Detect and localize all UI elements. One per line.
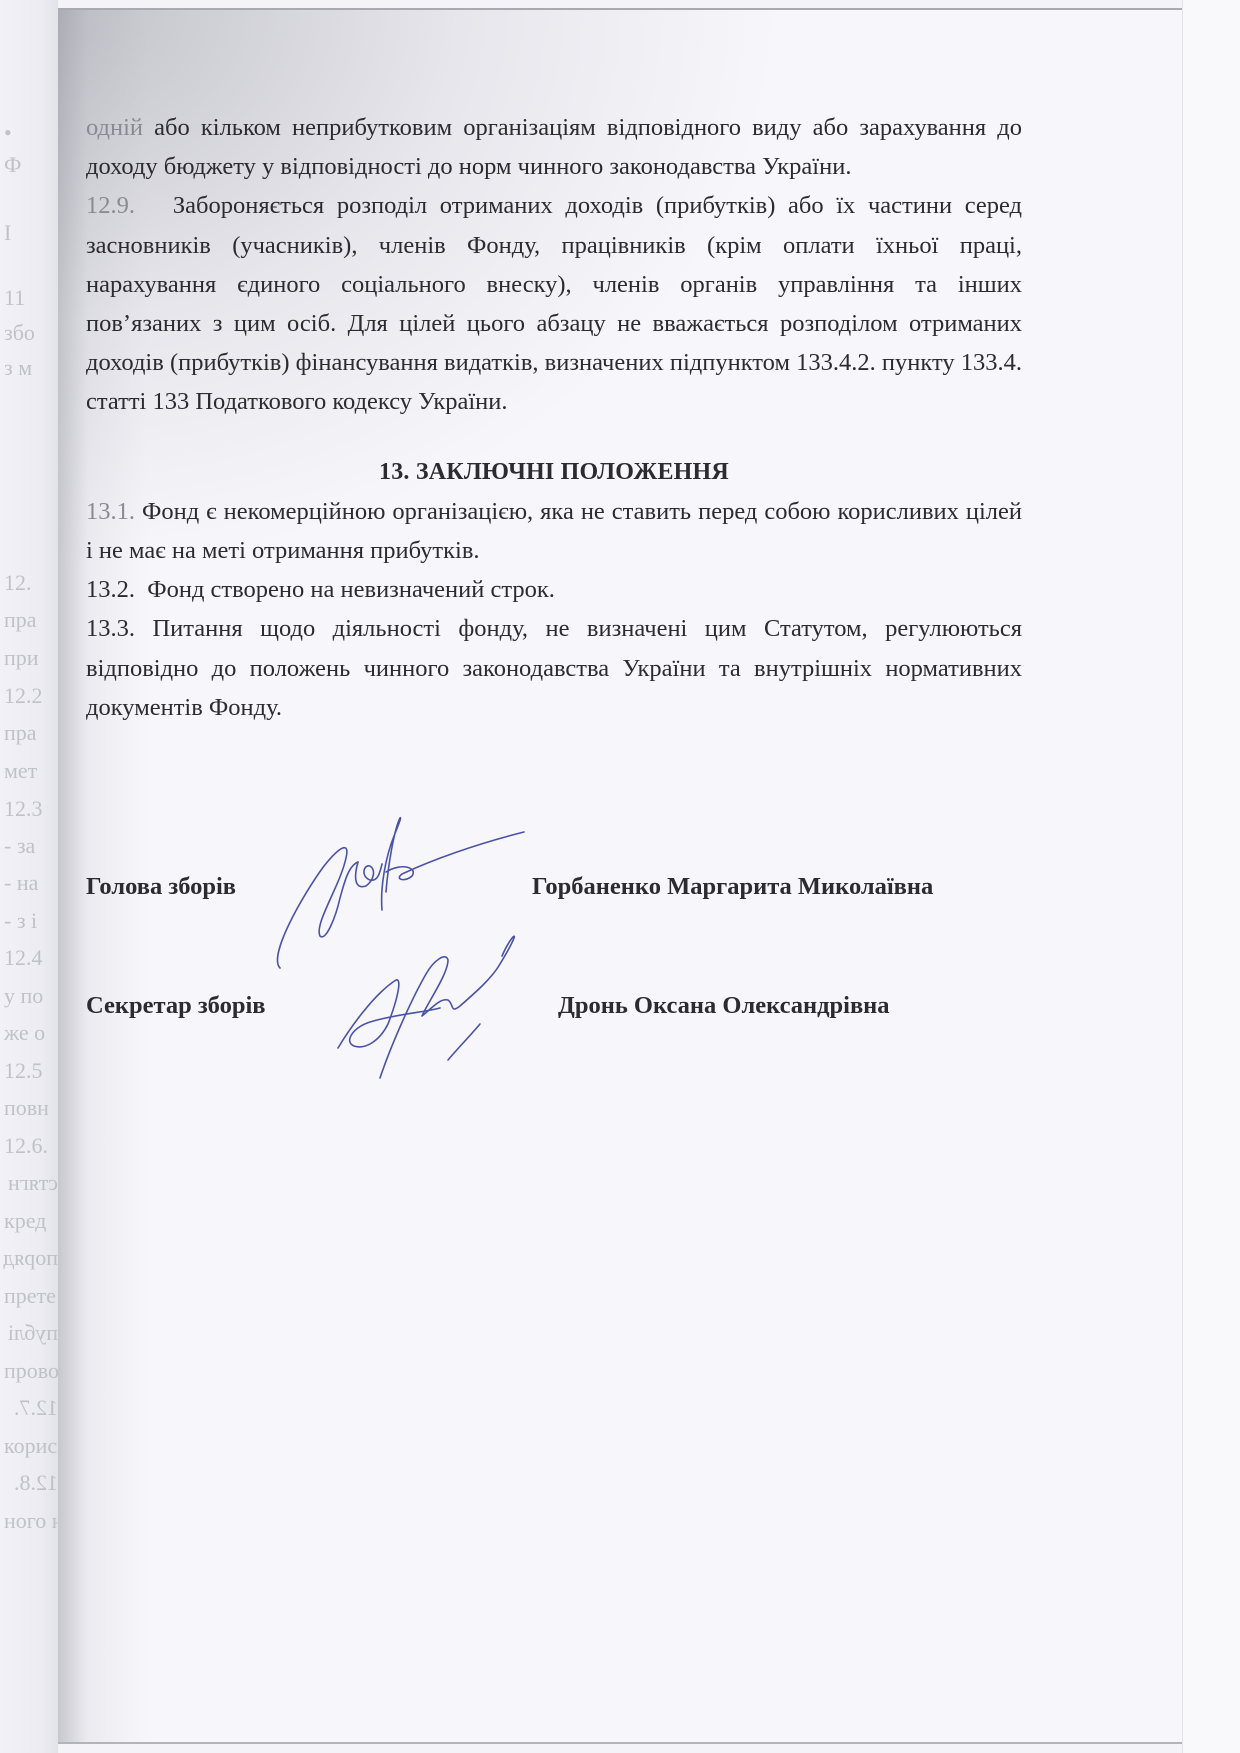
bleed-through-text: же о xyxy=(4,1020,45,1046)
bleed-through-text: ного ні xyxy=(4,1508,58,1534)
bleed-through-text: пра xyxy=(4,607,37,633)
bleed-through-text: 12.4 xyxy=(4,945,43,971)
clause-number: 13.2. xyxy=(86,576,135,603)
paragraph-12-8-continuation: одній або кільком неприбутковим організа… xyxy=(86,108,1022,186)
clause-number: 13.1. xyxy=(86,498,135,525)
bleed-through-text: мет xyxy=(4,758,37,784)
signatory-name: Дронь Оксана Олександрівна xyxy=(558,992,890,1020)
bleed-through-text: • xyxy=(4,120,12,146)
bleed-through-text: прово xyxy=(4,1358,58,1384)
paragraph-12-9: 12.9. Забороняється розподіл отриманих д… xyxy=(86,186,1022,421)
clause-number: 12.9. xyxy=(86,192,135,219)
clause-13-1: 13.1. Фонд є некомерційною організацією,… xyxy=(86,492,1022,570)
signatory-role: Голова зборів xyxy=(86,873,236,901)
clause-text: Забороняється розподіл отриманих доходів… xyxy=(86,192,1022,415)
signatory-role: Секретар зборів xyxy=(86,992,266,1020)
clause-text: Фонд створено на невизначений строк. xyxy=(147,576,555,603)
bleed-through-text: пра xyxy=(4,720,37,746)
signatory-name: Горбаненко Маргарита Миколаївна xyxy=(532,873,933,901)
faded-word: одній xyxy=(86,114,143,141)
text-line: або кільком неприбутковим організаціям в… xyxy=(86,114,1022,180)
bleed-through-text: 11 xyxy=(4,285,25,311)
bleed-through-text: поряд xyxy=(3,1245,58,1271)
bleed-through-text: публі xyxy=(8,1320,58,1346)
bleed-through-text: 12. xyxy=(4,570,32,596)
section-heading: 13. ЗАКЛЮЧНІ ПОЛОЖЕННЯ xyxy=(86,453,1022,492)
bleed-through-text: 12.2 xyxy=(4,683,43,709)
clause-13-2: 13.2. Фонд створено на невизначений стро… xyxy=(86,570,1022,609)
bleed-through-text: 12.8. xyxy=(14,1470,58,1496)
bleed-through-text: 12.6. xyxy=(4,1133,48,1159)
bleed-through-text: І xyxy=(4,220,11,246)
bleed-through-text: - на xyxy=(4,870,38,896)
document-body: одній або кільком неприбутковим організа… xyxy=(86,108,1022,727)
clause-text: Фонд є некомерційною організацією, яка н… xyxy=(86,498,1022,564)
bleed-through-text: у по xyxy=(4,983,43,1009)
bleed-through-text: прете xyxy=(4,1283,56,1309)
bleed-through-text: - з і xyxy=(4,908,37,934)
clause-13-3: 13.3. Питання щодо діяльності фонду, не … xyxy=(86,609,1022,727)
bleed-through-text: кред xyxy=(4,1208,46,1234)
bleed-through-text: 12.3 xyxy=(4,796,43,822)
scanner-margin xyxy=(1182,0,1240,1753)
clause-number: 13.3. xyxy=(86,615,135,642)
clause-text: Питання щодо діяльності фонду, не визнач… xyxy=(86,615,1022,720)
bleed-through-text: стягн xyxy=(8,1170,58,1196)
bleed-through-text: 12.7. xyxy=(14,1395,58,1421)
bleed-through-text: повн xyxy=(4,1095,49,1121)
previous-page-edge: •ФІ11збоз м12.прапри12.2прамет12.3- за- … xyxy=(0,0,58,1753)
bleed-through-text: Ф xyxy=(4,152,21,178)
signature-secretary-icon xyxy=(330,928,560,1088)
bleed-through-text: з м xyxy=(4,355,32,381)
bleed-through-text: - за xyxy=(4,833,35,859)
bleed-through-text: при xyxy=(4,645,39,671)
page-bottom-edge xyxy=(58,1742,1182,1744)
bleed-through-text: збо xyxy=(4,320,35,346)
bleed-through-text: 12.5 xyxy=(4,1058,43,1084)
bleed-through-text: корис xyxy=(4,1433,57,1459)
